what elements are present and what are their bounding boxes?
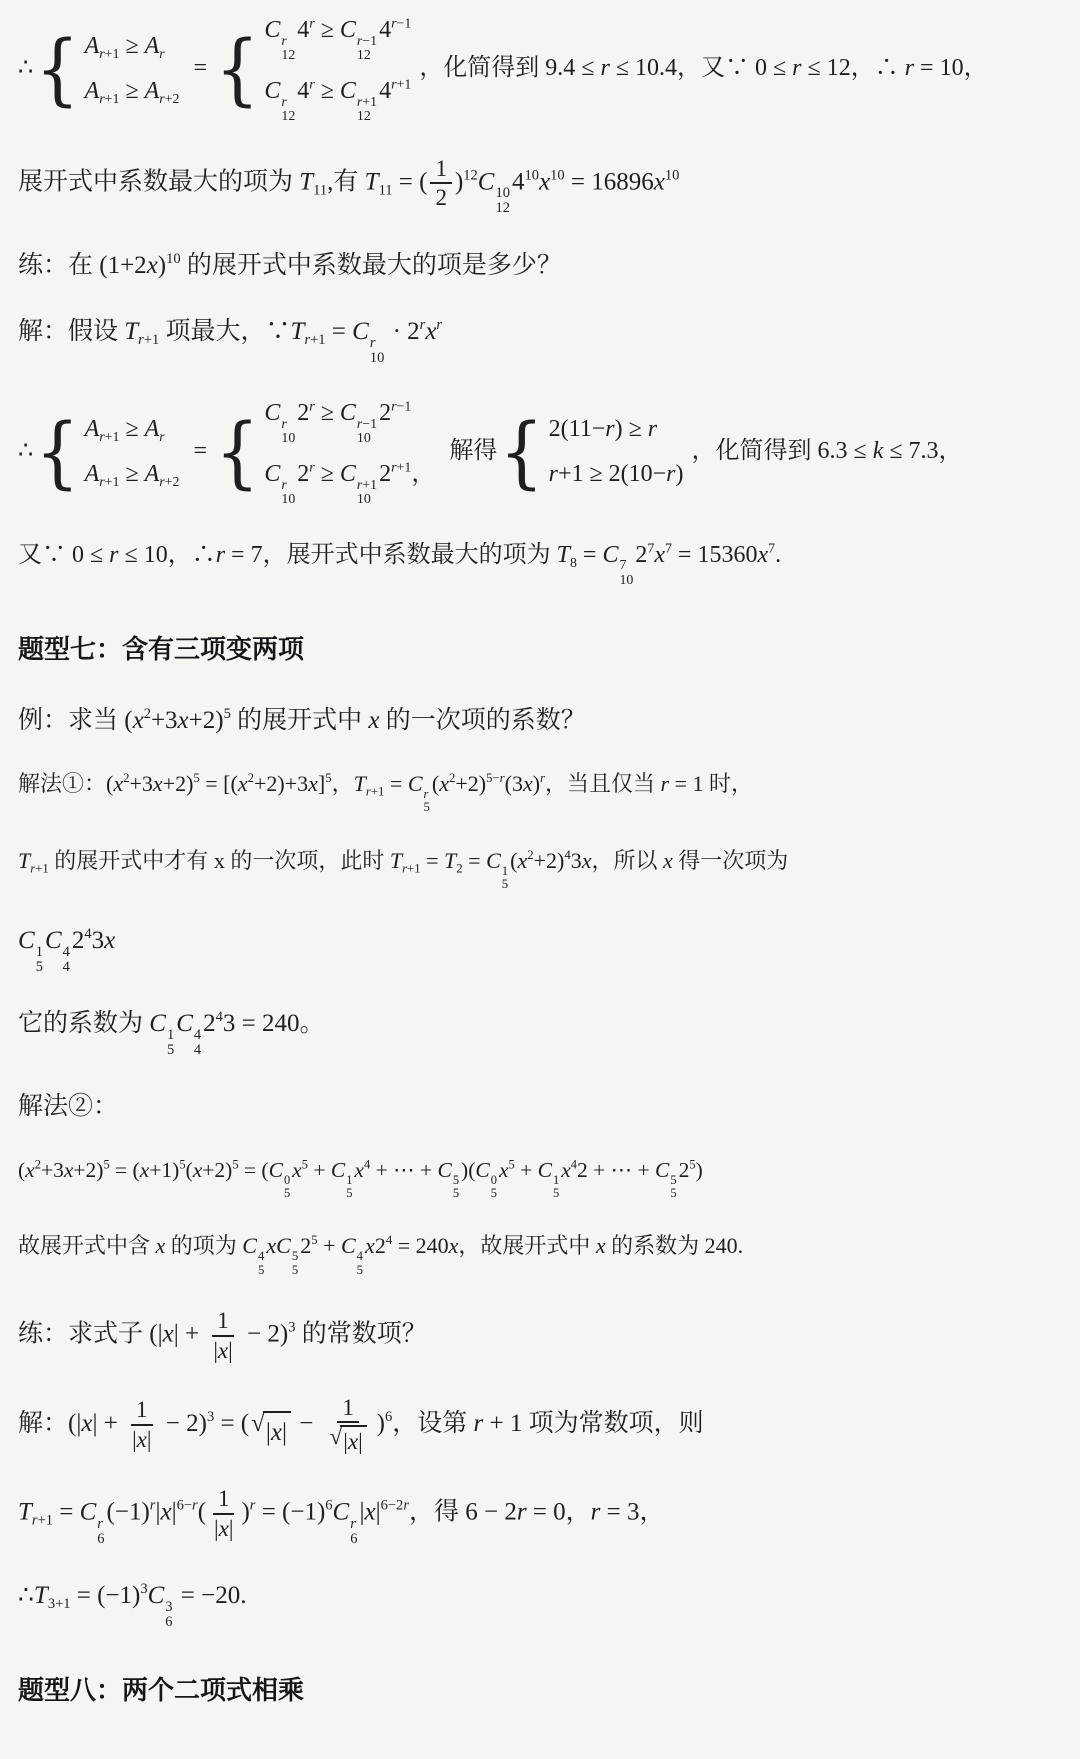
line-method-two-label: 解法②： [18,1089,1058,1124]
brace-icon: { [215,419,259,485]
stacked-script: r12 [281,96,295,125]
fraction: 1√|x| [323,1395,374,1456]
stacked-script: r10 [370,336,385,366]
stacked-script: r12 [281,35,295,64]
brace-icon: { [499,419,543,485]
stacked-script: r10 [281,418,295,447]
heading-type-eight: 题型八：两个二项式相乘 [18,1672,1058,1708]
stacked-script: 15 [167,1028,174,1058]
stacked-script: 44 [194,1028,201,1058]
line-conclusion-r7: 又∵ 0 ≤ r ≤ 10，∴r = 7，展开式中系数最大的项为 T8 = C7… [18,539,1058,589]
line-method-one: 解法①：(x2+3x+2)5 = [(x2+2)+3x]5，Tr+1 = Cr5… [18,769,1058,815]
fraction: 12 [430,156,452,212]
brace-icon: { [35,419,79,485]
stacked-script: 55 [670,1174,676,1200]
stacked-script: 1012 [495,186,510,216]
stacked-script: r−110 [357,418,377,447]
line-method-one-cont: Tr+1 的展开式中才有 x 的一次项，此时 Tr+1 = T2 = C15(x… [18,846,1058,892]
stacked-script: r5 [424,788,430,815]
stacked-script: 36 [165,1600,172,1630]
stacked-script: 45 [357,1250,363,1277]
stacked-script: 15 [36,945,43,975]
cases-system: {2(11−r) ≥ rr+1 ≥ 2(10−r) [499,413,683,491]
document-body: ∴{Ar+1 ≥ ArAr+1 ≥ Ar+2 = {Cr124r ≥ Cr−11… [18,14,1058,1709]
heading-type-seven: 题型七：含有三项变两项 [18,631,1058,667]
stacked-script: 05 [284,1174,290,1200]
stacked-script: 05 [491,1174,497,1200]
fraction: 1|x| [209,1486,238,1542]
line-expansion-product: (x2+3x+2)5 = (x+1)5(x+2)5 = (C05x5 + C15… [18,1155,1058,1200]
stacked-script: r6 [350,1517,357,1547]
stacked-script: 15 [502,865,508,892]
stacked-script: 710 [619,559,633,588]
radical: √|x| [330,1425,367,1455]
stacked-script: r+112 [357,96,377,125]
line-solution-abs: 解：(|x| + 1|x| − 2)3 = (√|x| − 1√|x|)6，设第… [18,1395,1058,1456]
line-practice-abs: 练：求式子 (|x| + 1|x| − 2)3 的常数项？ [18,1308,1058,1364]
stacked-script: 55 [292,1250,298,1277]
cases-system: {Ar+1 ≥ ArAr+1 ≥ Ar+2 [35,30,179,110]
stacked-script: r+110 [357,479,377,508]
line-practice-1plus2x: 练：在 (1+2x)10 的展开式中系数最大的项是多少？ [18,248,1058,283]
stacked-script: 44 [63,945,70,975]
stacked-script: 15 [553,1174,559,1200]
stacked-script: r−112 [357,35,377,64]
stacked-script: 15 [346,1174,352,1200]
cases-system: {Cr102r ≥ Cr−1102r−1Cr102r ≥ Cr+1102r+1， [215,397,435,508]
brace-icon: { [35,36,79,102]
line-x-term-240x: 故展开式中含 x 的项为 C45xC5525 + C45x24 = 240x，故… [18,1231,1058,1277]
brace-icon: { [215,36,259,102]
cases-system: {Ar+1 ≥ ArAr+1 ≥ Ar+2 [35,413,179,493]
cases-system: {Cr124r ≥ Cr−1124r−1Cr124r ≥ Cr+1124r+1 [215,14,411,125]
line-system-c12: ∴{Ar+1 ≥ ArAr+1 ≥ Ar+2 = {Cr124r ≥ Cr−11… [18,14,1058,125]
line-coefficient-240: 它的系数为 C15C44243 = 240。 [18,1006,1058,1058]
document-page: ∴{Ar+1 ≥ ArAr+1 ≥ Ar+2 = {Cr124r ≥ Cr−11… [0,0,1080,1759]
fraction: 1|x| [127,1397,156,1453]
line-example-trinomial: 例：求当 (x2+3x+2)5 的展开式中 x 的一次项的系数？ [18,703,1058,738]
fraction: 1|x| [208,1308,237,1364]
line-final-answer: ∴T3+1 = (−1)3C36 = −20. [18,1578,1058,1630]
radical: √|x| [251,1411,291,1450]
line-general-term-abs: Tr+1 = Cr6(−1)r|x|6−r(1|x|)r = (−1)6Cr6|… [18,1486,1058,1547]
stacked-script: r6 [97,1517,104,1547]
stacked-script: r10 [281,479,295,508]
line-linear-term: C15C44243x [18,923,1058,975]
stacked-script: 55 [453,1174,459,1200]
stacked-script: 45 [258,1250,264,1277]
line-system-c10: ∴{Ar+1 ≥ ArAr+1 ≥ Ar+2 = {Cr102r ≥ Cr−11… [18,397,1058,508]
line-solution-assume: 解：假设 Tr+1 项最大，∵Tr+1 = Cr10 · 2rxr [18,314,1058,366]
line-max-term-t11: 展开式中系数最大的项为 T11,有 T11 = (12)12C1012410x1… [18,156,1058,217]
